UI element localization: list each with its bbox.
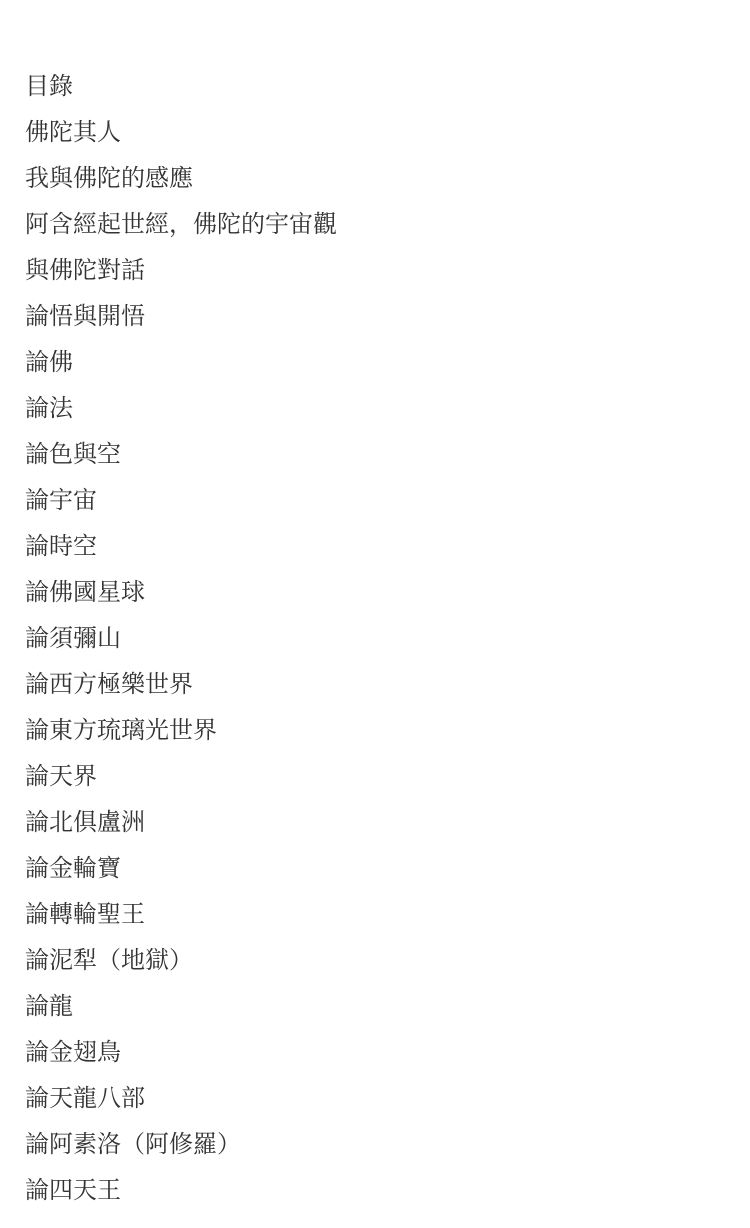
toc-item[interactable]: 論北俱盧洲 [25,799,337,845]
toc-link[interactable]: 論金翅鳥 [25,1038,121,1066]
toc-item[interactable]: 論佛 [25,339,337,385]
toc-link[interactable]: 論泥犁（地獄） [25,946,193,974]
toc-item[interactable]: 論悟與開悟 [25,293,337,339]
toc-item[interactable]: 論金輪寶 [25,845,337,891]
toc-link[interactable]: 論悟與開悟 [25,302,145,330]
table-of-contents: 目錄 佛陀其人 我與佛陀的感應 阿含經起世經，佛陀的宇宙觀 與佛陀對話 論悟與開… [25,63,337,1213]
toc-item[interactable]: 論天界 [25,753,337,799]
toc-link[interactable]: 論龍 [25,992,73,1020]
toc-link[interactable]: 論金輪寶 [25,854,121,882]
toc-item[interactable]: 論金翅鳥 [25,1029,337,1075]
toc-link[interactable]: 阿含經起世經，佛陀的宇宙觀 [25,210,337,238]
toc-item[interactable]: 論宇宙 [25,477,337,523]
toc-link[interactable]: 論須彌山 [25,624,121,652]
toc-item[interactable]: 我與佛陀的感應 [25,155,337,201]
toc-item[interactable]: 論色與空 [25,431,337,477]
toc-item[interactable]: 論時空 [25,523,337,569]
toc-link[interactable]: 論時空 [25,532,97,560]
toc-link[interactable]: 論佛 [25,348,73,376]
toc-item[interactable]: 論阿素洛（阿修羅） [25,1121,337,1167]
toc-item[interactable]: 論四天王 [25,1167,337,1213]
toc-item[interactable]: 論龍 [25,983,337,1029]
toc-item[interactable]: 論轉輪聖王 [25,891,337,937]
toc-item[interactable]: 論佛國星球 [25,569,337,615]
toc-link[interactable]: 論東方琉璃光世界 [25,716,217,744]
toc-title: 目錄 [25,63,337,109]
toc-item[interactable]: 與佛陀對話 [25,247,337,293]
toc-item[interactable]: 論法 [25,385,337,431]
toc-link[interactable]: 論宇宙 [25,486,97,514]
toc-link[interactable]: 論佛國星球 [25,578,145,606]
toc-item[interactable]: 論西方極樂世界 [25,661,337,707]
toc-link[interactable]: 與佛陀對話 [25,256,145,284]
toc-link[interactable]: 論轉輪聖王 [25,900,145,928]
toc-link[interactable]: 論法 [25,394,73,422]
toc-link[interactable]: 我與佛陀的感應 [25,164,193,192]
toc-title-text: 目錄 [25,72,73,100]
toc-item[interactable]: 阿含經起世經，佛陀的宇宙觀 [25,201,337,247]
toc-link[interactable]: 論色與空 [25,440,121,468]
toc-item[interactable]: 佛陀其人 [25,109,337,155]
toc-item[interactable]: 論東方琉璃光世界 [25,707,337,753]
toc-link[interactable]: 論阿素洛（阿修羅） [25,1130,241,1158]
toc-item[interactable]: 論天龍八部 [25,1075,337,1121]
toc-item[interactable]: 論須彌山 [25,615,337,661]
toc-link[interactable]: 佛陀其人 [25,118,121,146]
toc-link[interactable]: 論四天王 [25,1176,121,1204]
toc-link[interactable]: 論北俱盧洲 [25,808,145,836]
toc-link[interactable]: 論天界 [25,762,97,790]
toc-link[interactable]: 論天龍八部 [25,1084,145,1112]
toc-item[interactable]: 論泥犁（地獄） [25,937,337,983]
toc-link[interactable]: 論西方極樂世界 [25,670,193,698]
